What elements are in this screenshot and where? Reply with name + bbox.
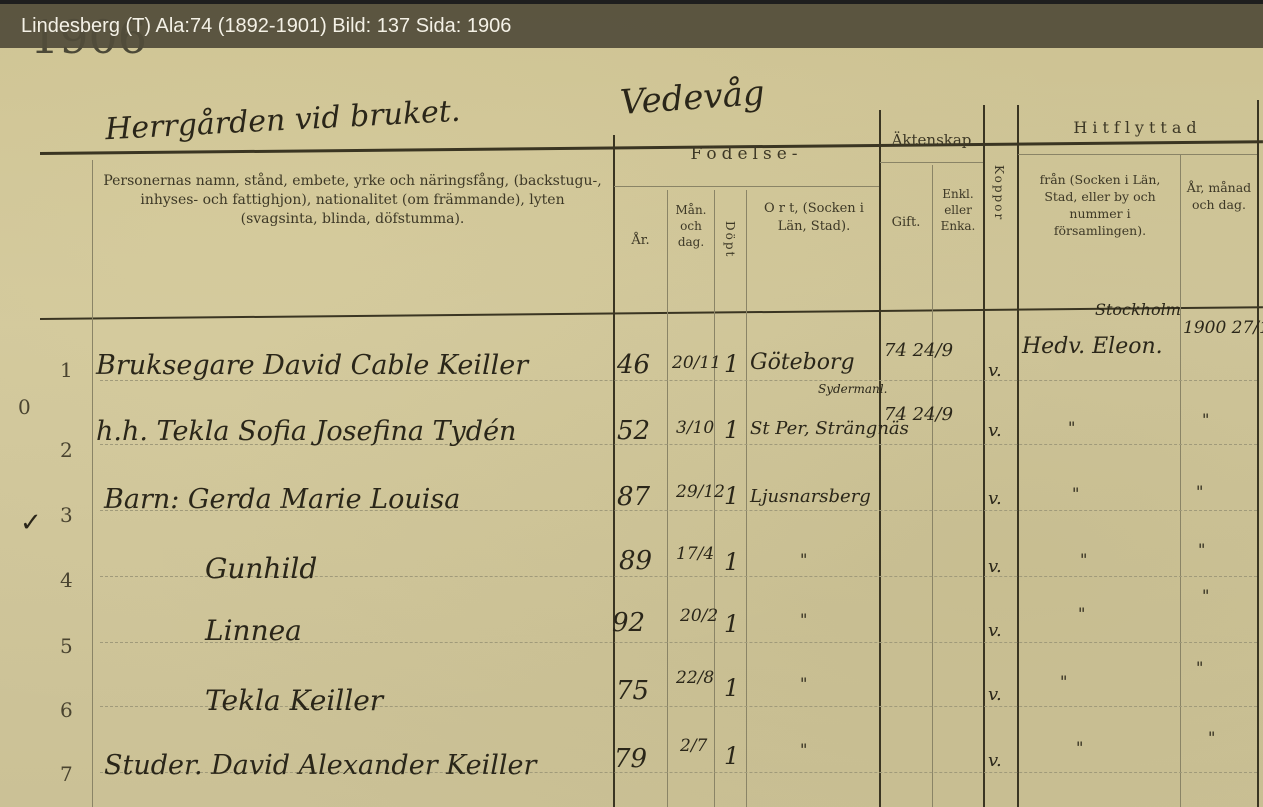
- moved-from: ": [1076, 738, 1083, 757]
- baptized: 1: [724, 674, 739, 702]
- birth-day-month: 2/7: [680, 736, 707, 756]
- birth-day-month: 17/4: [676, 544, 714, 564]
- birth-year: 79: [614, 744, 647, 774]
- baptized: 1: [724, 742, 739, 770]
- birth-day-month: 20/2: [680, 606, 718, 626]
- baptized: 1: [724, 548, 739, 576]
- row-number: 1: [60, 358, 73, 382]
- aktenskap-group-header: Äktenskap: [880, 130, 983, 150]
- person-name: Barn: Gerda Marie Louisa: [104, 484, 460, 515]
- fran-column-header: från (Socken i Län, Stad, eller by och n…: [1022, 172, 1178, 240]
- moved-from: ": [1080, 550, 1087, 569]
- row-number: 4: [60, 568, 73, 592]
- person-name: Studer. David Alexander Keiller: [104, 750, 536, 781]
- baptized: 1: [724, 416, 739, 444]
- moved-date: ": [1202, 586, 1209, 605]
- koppor-column-header: Koppor: [991, 148, 1007, 238]
- birth-place: ": [800, 610, 807, 629]
- birth-year: 46: [617, 350, 650, 380]
- vaccinated-mark: v.: [988, 420, 1002, 441]
- moved-from: ": [1078, 604, 1085, 623]
- moved-from-note: Stockholm: [1095, 300, 1181, 319]
- dopt-column-divider: [746, 190, 747, 807]
- person-name: Linnea: [205, 614, 302, 647]
- row-number: 6: [60, 698, 73, 722]
- right-border: [1257, 100, 1259, 807]
- birth-year: 75: [616, 676, 649, 706]
- hitflyttad-group-underline: [1018, 154, 1257, 155]
- vaccinated-mark: v.: [988, 360, 1002, 381]
- hitflyttad-group-header: Hitflyttad: [1018, 118, 1257, 137]
- image-title-bar: Lindesberg (T) Ala:74 (1892-1901) Bild: …: [0, 4, 1263, 48]
- enkl-column-header: Enkl. eller Enka.: [933, 186, 983, 235]
- gift-column-header: Gift.: [880, 214, 932, 232]
- ar-column-divider: [667, 190, 668, 807]
- aktenskap-group-underline: [880, 162, 983, 163]
- dopt-column-header: Döpt: [722, 210, 738, 270]
- image-title: Lindesberg (T) Ala:74 (1892-1901) Bild: …: [21, 15, 511, 37]
- birth-place: ": [800, 740, 807, 759]
- moved-date: ": [1196, 482, 1203, 501]
- birth-day-month: 29/12: [676, 482, 725, 502]
- aktenskap-group-divider: [983, 105, 985, 807]
- birth-place: ": [800, 550, 807, 569]
- birth-day-month: 20/11: [672, 353, 721, 373]
- baptized: 1: [724, 610, 739, 638]
- birth-place: ": [800, 674, 807, 693]
- rownum-column-divider: [92, 160, 93, 807]
- row-number: 7: [60, 762, 73, 786]
- moved-date: ": [1202, 410, 1209, 429]
- man-och-dag-column-header: Mån. och dag.: [668, 202, 714, 251]
- margin-checkmark: ✓: [20, 508, 42, 538]
- ar-manad-dag-column-header: År, månad och dag.: [1181, 180, 1257, 214]
- birth-year: 52: [617, 416, 650, 446]
- moved-from: Hedv. Eleon.: [1022, 334, 1163, 359]
- ort-column-header: O r t, (Socken i Län, Stad).: [750, 200, 878, 235]
- birth-place: Göteborg: [750, 350, 855, 375]
- moved-date: ": [1208, 728, 1215, 747]
- moved-from: ": [1060, 672, 1067, 691]
- vaccinated-mark: v.: [988, 750, 1002, 771]
- row-number: 2: [60, 438, 73, 462]
- birth-year: 87: [617, 482, 650, 512]
- birth-day-month: 22/8: [676, 668, 714, 688]
- fodelse-group-header: Födelse-: [614, 144, 879, 164]
- baptized: 1: [724, 482, 739, 510]
- row-number: 5: [60, 634, 73, 658]
- person-name: Gunhild: [205, 552, 317, 585]
- person-name: Bruksegare David Cable Keiller: [96, 350, 528, 381]
- moved-date: ": [1196, 658, 1203, 677]
- vaccinated-mark: v.: [988, 620, 1002, 641]
- birth-year: 89: [619, 546, 652, 576]
- baptized: 1: [724, 350, 739, 378]
- gift-column-divider: [932, 165, 933, 807]
- koppor-column-divider: [1017, 105, 1019, 807]
- marriage-date: 74 24/9: [884, 404, 953, 425]
- ar-column-header: År.: [614, 232, 667, 250]
- birth-year: 92: [612, 608, 645, 638]
- moved-from: ": [1072, 484, 1079, 503]
- moved-date: ": [1198, 540, 1205, 559]
- person-name: h.h. Tekla Sofia Josefina Tydén: [96, 416, 516, 447]
- person-name: Tekla Keiller: [205, 684, 383, 717]
- fran-column-divider: [1180, 155, 1181, 807]
- moved-from: ": [1068, 418, 1075, 437]
- row-number: 3: [60, 503, 73, 527]
- birth-place: Ljusnarsberg: [750, 486, 871, 507]
- vaccinated-mark: v.: [988, 556, 1002, 577]
- vaccinated-mark: v.: [988, 488, 1002, 509]
- vaccinated-mark: v.: [988, 684, 1002, 705]
- names-column-header: Personernas namn, stånd, embete, yrke oc…: [100, 172, 605, 229]
- marriage-date: 74 24/9: [884, 340, 953, 361]
- birth-day-month: 3/10: [676, 418, 714, 438]
- birth-place-note: Sydermanl.: [818, 382, 887, 396]
- fodelse-group-underline: [614, 186, 879, 187]
- margin-mark-zero: 0: [18, 395, 31, 419]
- moved-date: 1900 27/11: [1183, 318, 1263, 338]
